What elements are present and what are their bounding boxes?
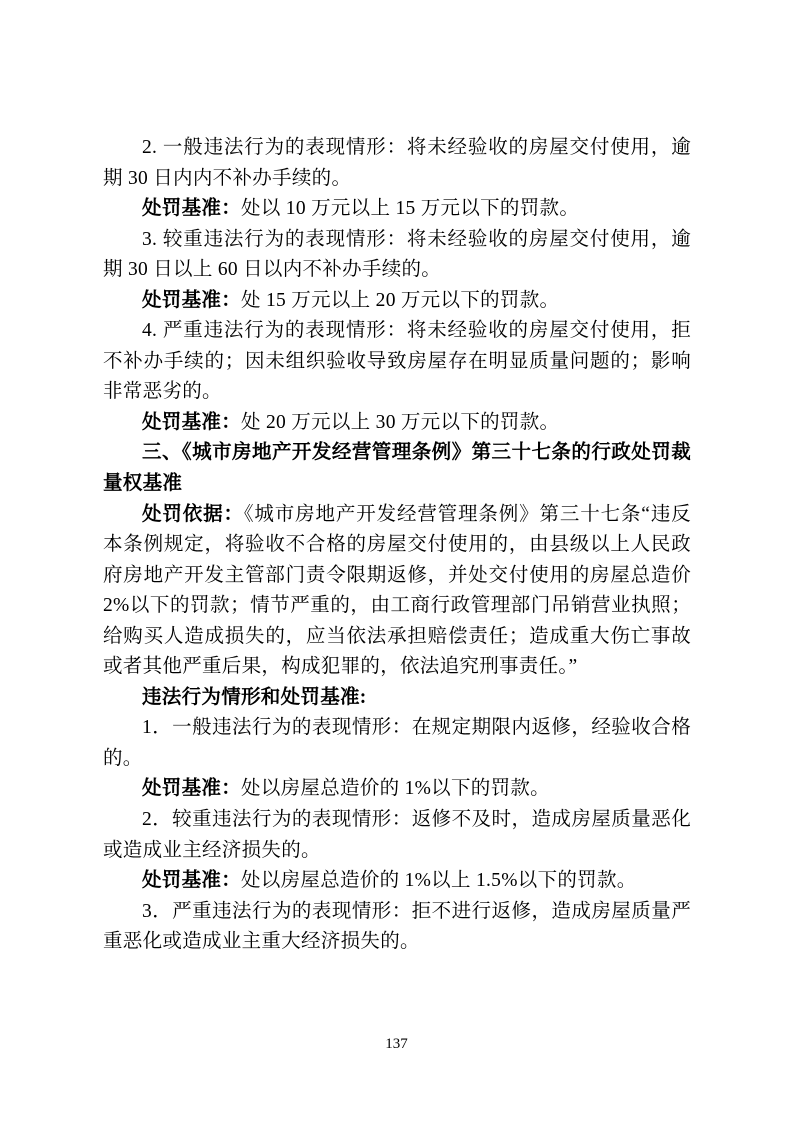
paragraph-penalty-basis-3: 处罚基准：处 20 万元以上 30 万元以下的罚款。 <box>103 408 691 439</box>
paragraph-penalty-basis-4: 处罚基准：处以房屋总造价的 1%以下的罚款。 <box>103 774 691 805</box>
paragraph-text: 处 20 万元以上 30 万元以下的罚款。 <box>241 412 559 433</box>
paragraph-serious-violation-3: 3. 较重违法行为的表现情形：将未经验收的房屋交付使用，逾期 30 日以上 60… <box>103 225 691 286</box>
paragraph-text: 处以房屋总造价的 1%以上 1.5%以下的罚款。 <box>241 870 637 891</box>
paragraph-penalty-basis-1: 处罚基准：处以 10 万元以上 15 万元以下的罚款。 <box>103 194 691 225</box>
paragraph-bold-label: 处罚依据： <box>142 504 244 525</box>
paragraph-penalty-basis-5: 处罚基准：处以房屋总造价的 1%以上 1.5%以下的罚款。 <box>103 866 691 897</box>
document-page: 2. 一般违法行为的表现情形：将未经验收的房屋交付使用，逾期 30 日内内不补办… <box>0 0 793 1122</box>
paragraph-severe-violation-3: 3．严重违法行为的表现情形：拒不进行返修，造成房屋质量严重恶化或造成业主重大经济… <box>103 897 691 958</box>
paragraph-penalty-basis-2: 处罚基准：处 15 万元以上 20 万元以下的罚款。 <box>103 286 691 317</box>
page-number: 137 <box>0 1035 793 1053</box>
document-body: 2. 一般违法行为的表现情形：将未经验收的房屋交付使用，逾期 30 日内内不补办… <box>103 133 691 958</box>
section-heading-article-37: 三、《城市房地产开发经营管理条例》第三十七条的行政处罚裁量权基准 <box>103 438 691 499</box>
paragraph-bold-label: 处罚基准： <box>142 198 241 219</box>
paragraph-text: 2. 一般违法行为的表现情形：将未经验收的房屋交付使用，逾期 30 日内内不补办… <box>103 137 691 189</box>
paragraph-penalty-legal-basis: 处罚依据：《城市房地产开发经营管理条例》第三十七条“违反本条例规定，将验收不合格… <box>103 500 691 683</box>
paragraph-bold-label: 处罚基准： <box>142 870 241 891</box>
paragraph-text: 3. 较重违法行为的表现情形：将未经验收的房屋交付使用，逾期 30 日以上 60… <box>103 229 691 281</box>
paragraph-text: 2．较重违法行为的表现情形：返修不及时，造成房屋质量恶化或造成业主经济损失的。 <box>103 809 691 861</box>
paragraph-severe-violation-4: 4. 严重违法行为的表现情形：将未经验收的房屋交付使用，拒不补办手续的；因未组织… <box>103 316 691 408</box>
section-heading-text: 三、《城市房地产开发经营管理条例》第三十七条的行政处罚裁量权基准 <box>103 442 691 494</box>
paragraph-bold-label: 处罚基准： <box>142 290 241 311</box>
paragraph-text: 处以房屋总造价的 1%以下的罚款。 <box>241 778 550 799</box>
paragraph-text: 处以 10 万元以上 15 万元以下的罚款。 <box>241 198 579 219</box>
subsection-heading-violation-and-basis: 违法行为情形和处罚基准: <box>103 683 691 714</box>
paragraph-text: 3．严重违法行为的表现情形：拒不进行返修，造成房屋质量严重恶化或造成业主重大经济… <box>103 901 691 953</box>
paragraph-general-violation-1: 1．一般违法行为的表现情形：在规定期限内返修，经验收合格的。 <box>103 713 691 774</box>
paragraph-text: 《城市房地产开发经营管理条例》第三十七条“违反本条例规定，将验收不合格的房屋交付… <box>103 504 691 678</box>
paragraph-text: 处 15 万元以上 20 万元以下的罚款。 <box>241 290 559 311</box>
paragraph-text: 1．一般违法行为的表现情形：在规定期限内返修，经验收合格的。 <box>103 717 691 769</box>
paragraph-text: 4. 严重违法行为的表现情形：将未经验收的房屋交付使用，拒不补办手续的；因未组织… <box>103 320 691 402</box>
paragraph-bold-label: 处罚基准： <box>142 778 241 799</box>
paragraph-serious-violation-2: 2．较重违法行为的表现情形：返修不及时，造成房屋质量恶化或造成业主经济损失的。 <box>103 805 691 866</box>
paragraph-bold-label: 处罚基准： <box>142 412 241 433</box>
subsection-heading-text: 违法行为情形和处罚基准: <box>142 687 367 708</box>
paragraph-general-violation-2: 2. 一般违法行为的表现情形：将未经验收的房屋交付使用，逾期 30 日内内不补办… <box>103 133 691 194</box>
